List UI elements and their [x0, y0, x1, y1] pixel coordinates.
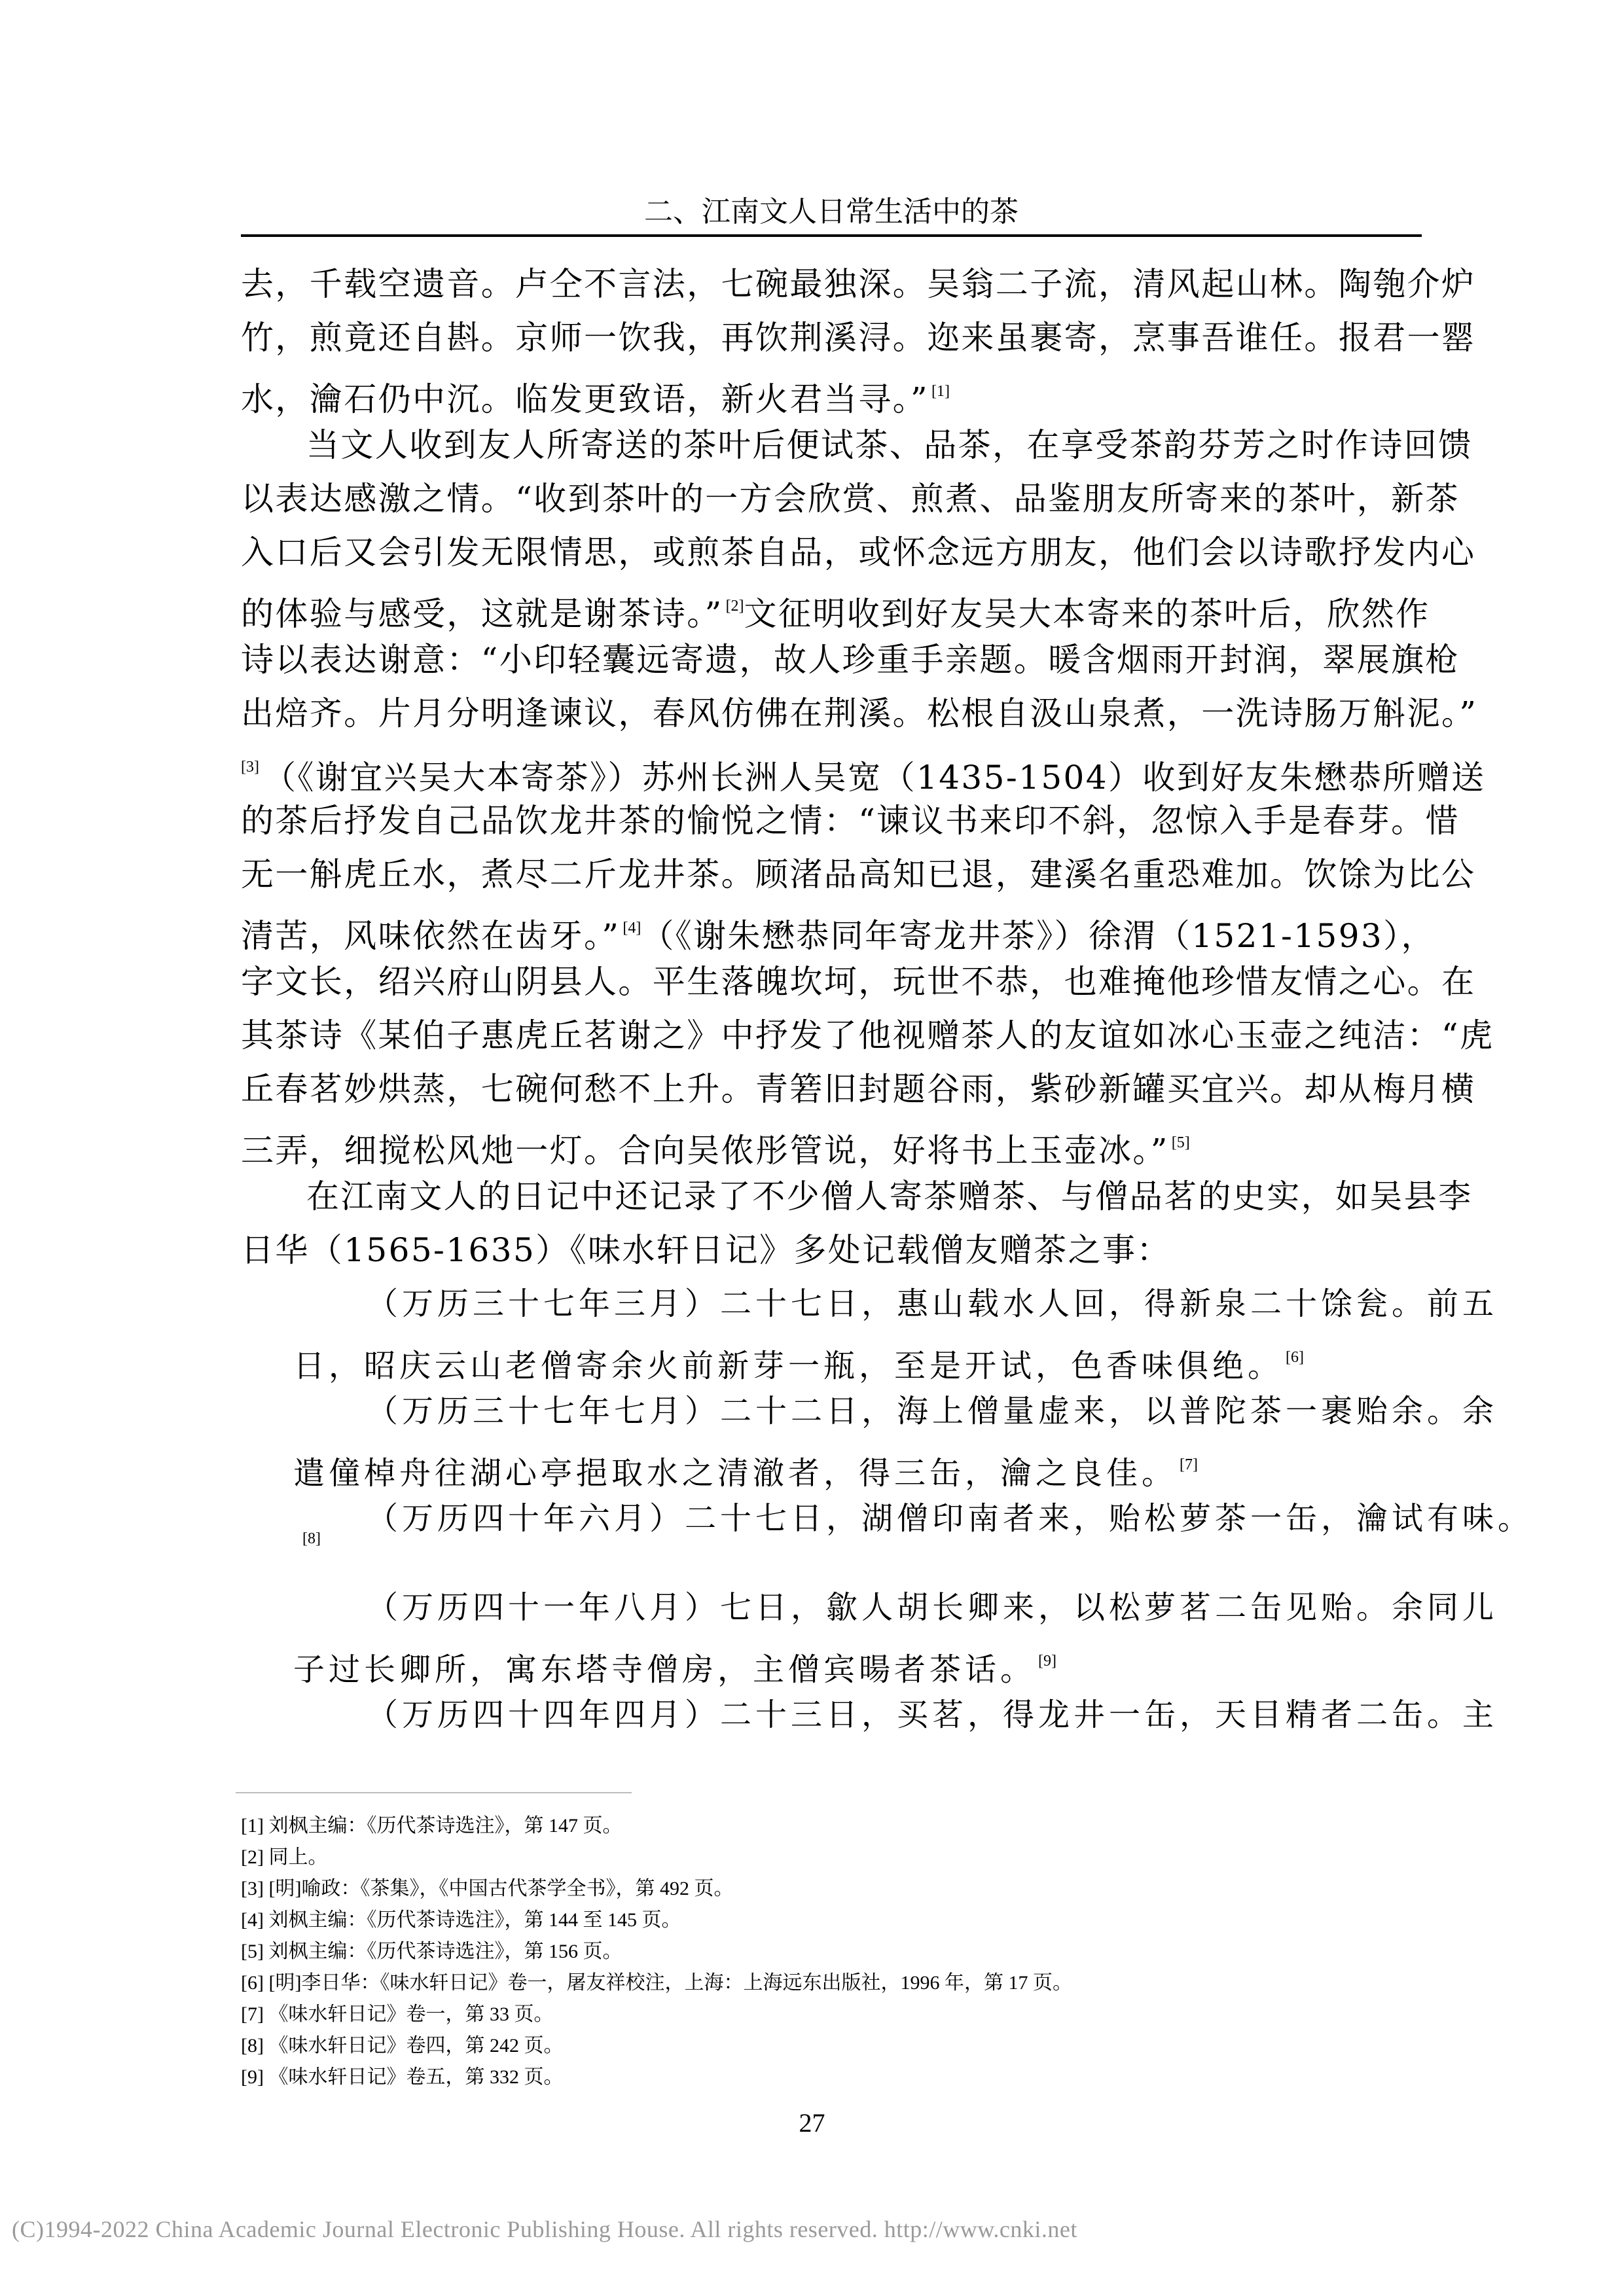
- quote-line: 遣僮棹舟往湖心亭挹取水之清澈者，得三缶，瀹之良佳。[7]: [293, 1445, 1422, 1493]
- copyright-notice: (C)1994-2022 China Academic Journal Elec…: [12, 2215, 1077, 2243]
- quote-line: 日，昭庆云山老僧寄余火前新芽一瓶，至是开试，色香味俱绝。[6]: [293, 1338, 1422, 1386]
- body-line: [3]（《谢宜兴吴大本寄茶》）苏州长洲人吴宽（1435-1504）收到好友朱懋恭…: [241, 747, 1422, 797]
- quote-line: （万历三十七年七月）二十二日，海上僧量虚来，以普陀茶一裹贻余。余: [367, 1391, 1422, 1431]
- body-line: 竹，煎竟还自斟。京师一饮我，再饮荆溪浔。迩来虽裹寄，烹事吾谁任。报君一罂: [241, 318, 1422, 357]
- document-page: 二、江南文人日常生活中的茶 去，千载空遗音。卢仝不言法，七碗最独深。吴翁二子流，…: [0, 0, 1624, 2296]
- quote-line: （万历四十一年八月）七日，歙人胡长卿来，以松萝茗二缶见贻。余同儿: [367, 1588, 1422, 1627]
- page-number: 27: [0, 2108, 1624, 2138]
- footnote-ref[interactable]: [9]: [1038, 1653, 1056, 1670]
- body-line: 去，千载空遗音。卢仝不言法，七碗最独深。吴翁二子流，清风起山林。陶匏介炉: [241, 264, 1422, 304]
- footnote: [9] 《味水轩日记》卷五，第 332 页。: [241, 2064, 563, 2090]
- footnote: [4] 刘枫主编：《历代茶诗选注》，第 144 至 145 页。: [241, 1907, 681, 1933]
- footnote-ref[interactable]: [2]: [726, 598, 744, 615]
- body-line: 字文长，绍兴府山阴县人。平生落魄坎坷，玩世不恭，也难掩他珍惜友情之心。在: [241, 962, 1422, 1001]
- body-line: 入口后又会引发无限情思，或煎茶自品，或怀念远方朋友，他们会以诗歌抒发内心: [241, 533, 1422, 572]
- body-line: 清苦，风味依然在齿牙。”[4]（《谢朱懋恭同年寄龙井茶》）徐渭（1521-159…: [241, 908, 1422, 956]
- running-head: 二、江南文人日常生活中的茶: [241, 194, 1422, 230]
- footnote-ref[interactable]: [6]: [1286, 1349, 1304, 1366]
- footnote-ref[interactable]: [8]: [302, 1529, 321, 1549]
- body-line: 的体验与感受，这就是谢茶诗。”[2]文征明收到好友吴大本寄来的茶叶后，欣然作: [241, 586, 1422, 634]
- body-line: 的茶后抒发自己品饮龙井茶的愉悦之情：“谏议书来印不斜，忽惊入手是春芽。惜: [241, 801, 1422, 840]
- header-rule: [241, 234, 1422, 237]
- body-line: 其茶诗《某伯子惠虎丘茗谢之》中抒发了他视赠茶人的友谊如冰心玉壶之纯洁：“虎: [241, 1016, 1422, 1055]
- body-line: 出焙齐。片月分明逢谏议，春风仿佛在荆溪。松根自汲山泉煮，一洗诗肠万斛泥。”: [241, 694, 1422, 733]
- body-line: 日华（1565-1635）《味水轩日记》多处记载僧友赠茶之事：: [241, 1230, 1422, 1270]
- footnote: [7] 《味水轩日记》卷一，第 33 页。: [241, 2001, 553, 2028]
- body-line: 水，瀹石仍中沉。临发更致语，新火君当寻。”[1]: [241, 372, 1422, 419]
- body-line: 在江南文人的日记中还记录了不少僧人寄茶赠茶、与僧品茗的史实，如吴县李: [306, 1177, 1422, 1216]
- footnote-ref[interactable]: [1]: [931, 383, 950, 400]
- footnote: [1] 刘枫主编：《历代茶诗选注》，第 147 页。: [241, 1813, 622, 1839]
- body-line: 丘春茗妙烘蒸，七碗何愁不上升。青箬旧封题谷雨，紫砂新罐买宜兴。却从梅月横: [241, 1069, 1422, 1109]
- footnote-ref[interactable]: [7]: [1180, 1456, 1198, 1473]
- body-line: 三弄，细搅松风灺一灯。合向吴侬彤管说，好将书上玉壶冰。”[5]: [241, 1123, 1422, 1170]
- footnote-separator: [236, 1792, 632, 1793]
- quote-line: （万历三十七年三月）二十七日，惠山载水人回，得新泉二十馀瓮。前五: [367, 1284, 1422, 1323]
- quote-line: （万历四十年六月）二十七日，湖僧印南者来，贻松萝茶一缶，瀹试有味。: [367, 1499, 1422, 1538]
- body-line: 无一斛虎丘水，煮尽二斤龙井茶。顾渚品高知已退，建溪名重恐难加。饮馀为比公: [241, 855, 1422, 894]
- body-line: 以表达感激之情。“收到茶叶的一方会欣赏、煎煮、品鉴朋友所寄来的茶叶，新茶: [241, 479, 1422, 518]
- footnote: [2] 同上。: [241, 1844, 327, 1871]
- footnote-ref[interactable]: [3]: [241, 759, 259, 776]
- footnote: [8] 《味水轩日记》卷四，第 242 页。: [241, 2033, 563, 2059]
- body-line: 诗以表达谢意：“小印轻囊远寄遗，故人珍重手亲题。暖含烟雨开封润，翠展旗枪: [241, 640, 1422, 679]
- quote-line: 子过长卿所，寓东塔寺僧房，主僧宾暘者茶话。[9]: [293, 1641, 1422, 1689]
- body-line: 当文人收到友人所寄送的茶叶后便试茶、品茶，在享受茶韵芬芳之时作诗回馈: [306, 425, 1422, 465]
- footnote: [3] [明]喻政：《茶集》，《中国古代茶学全书》，第 492 页。: [241, 1876, 733, 1902]
- footnote-ref[interactable]: [5]: [1172, 1134, 1190, 1151]
- footnote-ref[interactable]: [4]: [623, 920, 641, 937]
- footnote: [5] 刘枫主编：《历代茶诗选注》，第 156 页。: [241, 1939, 622, 1965]
- footnote: [6] [明]李日华：《味水轩日记》卷一，屠友祥校注，上海：上海远东出版社，19…: [241, 1970, 1072, 1996]
- quote-line: （万历四十四年四月）二十三日，买茗，得龙井一缶，天目精者二缶。主: [367, 1695, 1422, 1734]
